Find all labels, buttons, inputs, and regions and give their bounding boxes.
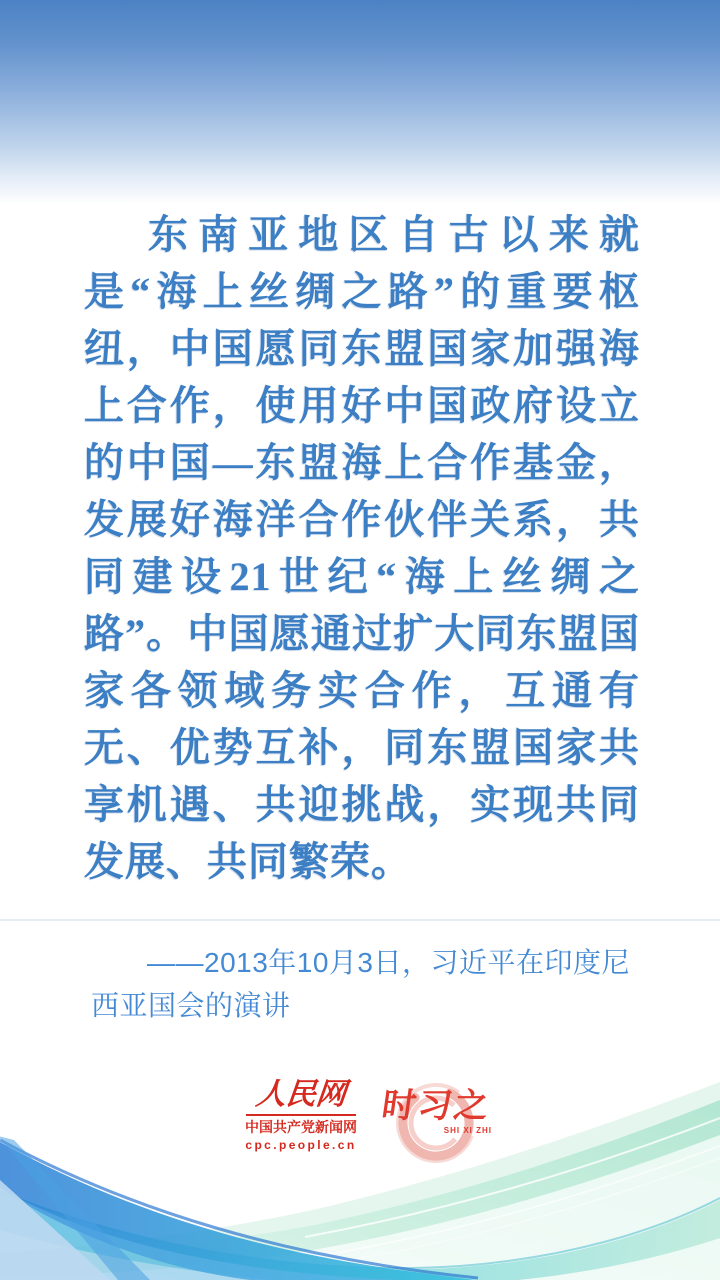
quote-attribution: ——2013年10月3日，习近平在印度尼西亚国会的演讲 [91, 941, 636, 1027]
quote-text: 东南亚地区自古以来就是“海上丝绸之路”的重要枢纽，中国愿同东盟国家加强海上合作，… [84, 206, 640, 890]
sky-gradient-background [0, 0, 720, 230]
decorative-waves [0, 1040, 720, 1280]
section-divider [0, 919, 720, 921]
poster-page: { "colors": { "sky_top": "#4c82c4", "quo… [0, 0, 720, 1280]
